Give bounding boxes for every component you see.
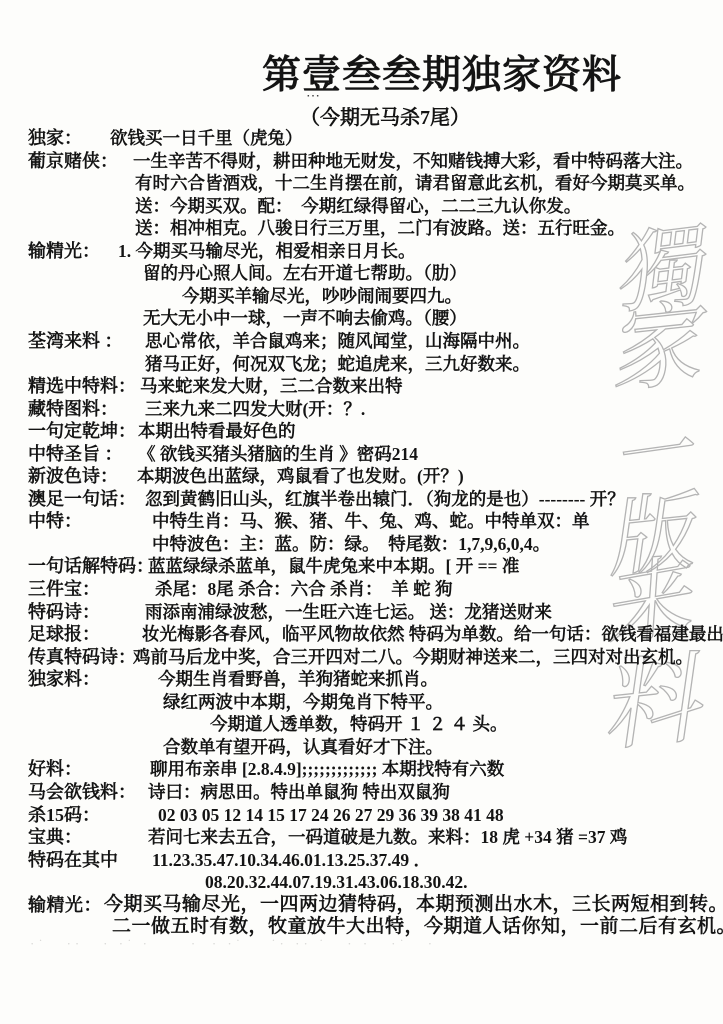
body-line: 送：今期买双。配： 今期红绿得留心，二二三九认你发。 bbox=[0, 195, 723, 217]
body-line: 马会欲钱料： 诗曰：病思田。特出单鼠狗 特出双鼠狗 bbox=[0, 781, 723, 803]
line-text: 绿红两波中本期，今期兔肖下特平。 bbox=[163, 691, 443, 713]
line-text: 无大无小中一球，一声不响去偷鸡。（腰） bbox=[143, 307, 467, 329]
line-text: 马来蛇来发大财，三二合数来出特 bbox=[140, 375, 403, 397]
line-label: 荃湾来料 ： bbox=[28, 330, 123, 352]
line-text: 本期波色出蓝绿，鸡鼠看了也发财。(开？) bbox=[137, 465, 464, 487]
line-text: 02 03 05 12 14 15 17 24 26 27 29 36 39 3… bbox=[158, 804, 504, 826]
line-text: 送：相冲相克。八骏日行三万里，二门有波路。送：五行旺金。 bbox=[135, 217, 625, 239]
body-line: 中特： 中特生肖：马、猴、猪、牛、兔、鸡、蛇。中特单双：单 bbox=[0, 510, 723, 532]
line-label: 特码在其中 bbox=[28, 849, 118, 871]
line-text: 忽到黄鹤旧山头，红旗半卷出辕门．（狗龙的是也）-------- 开？ bbox=[145, 488, 625, 510]
line-text: 今期买马输尽光，一四两边猜特码，本期预测出水木，三长两短相到转。 bbox=[104, 894, 723, 916]
line-label: 传真特码诗： bbox=[28, 646, 136, 668]
body-line: 好料： 聊用布亲串 [2.8.4.9];;;;;;;;;;;;; 本期找特有六数 bbox=[0, 758, 723, 780]
body-line: 荃湾来料 ： 思心常依，羊合鼠鸡来；随风闻堂，山海隔中州。 bbox=[0, 330, 723, 352]
line-text: 杀尾：8尾 杀合：六合 杀肖： 羊 蛇 狗 bbox=[155, 578, 453, 600]
line-text: 鸡前马后龙中奖，合三开四对二八。今期财神送来二，三四对对出玄机。 bbox=[133, 646, 693, 668]
body-lines: 独家： 欲钱买一日千里（虎兔） 葡京赌侠： 一生辛苦不得财，耕田种地无财发，不知… bbox=[0, 0, 723, 1024]
line-text: 中特生肖：马、猴、猪、牛、兔、鸡、蛇。中特单双：单 bbox=[152, 510, 590, 532]
body-line: 新波色诗： 本期波色出蓝绿，鸡鼠看了也发财。(开？) bbox=[0, 465, 723, 487]
body-line: 有时六合皆酒戏，十二生肖摆在前，请君留意此玄机，看好今期莫买单。 bbox=[0, 172, 723, 194]
line-text: 若问七来去五合，一码道破是九数。来料：18 虎 +34 猪 =37 鸡 bbox=[148, 826, 627, 848]
line-label: 葡京赌侠： bbox=[28, 150, 118, 172]
body-line: 特码在其中 11.23.35.47.10.34.46.01.13.25.37.4… bbox=[0, 849, 723, 871]
body-line: 足球报： 妆光梅影各春风，临平风物故依然 特码为单数。给一句话：欲钱看福建最出 bbox=[0, 623, 723, 645]
line-label: 输精光： bbox=[28, 240, 100, 262]
body-line: 今期道人透单数，特码开 １ ２ ４ 头。 bbox=[0, 713, 723, 735]
line-label: 足球报： bbox=[28, 623, 100, 645]
line-text: 思心常依，羊合鼠鸡来；随风闻堂，山海隔中州。 bbox=[145, 330, 530, 352]
body-line: 杀15码： 02 03 05 12 14 15 17 24 26 27 29 3… bbox=[0, 804, 723, 826]
line-text: 08.20.32.44.07.19.31.43.06.18.30.42. bbox=[205, 871, 468, 893]
line-label: 宝典： bbox=[28, 826, 82, 848]
line-label: 特码诗： bbox=[28, 601, 100, 623]
body-line: 独家料： 今期生肖看野兽，羊狗猪蛇来抓肖。 bbox=[0, 668, 723, 690]
line-label: 中特圣旨 ： bbox=[28, 443, 123, 465]
body-line: 一句定乾坤： 本期出特看最好色的 bbox=[0, 420, 723, 442]
line-text: 今期道人透单数，特码开 １ ２ ４ 头。 bbox=[210, 713, 508, 735]
body-line: 08.20.32.44.07.19.31.43.06.18.30.42. bbox=[0, 871, 723, 893]
body-line: 二一做五时有数，牧童放牛大出特，今期道人话你知，一前二后有玄机。 bbox=[0, 916, 723, 938]
body-line: 藏特图料： 三来九来二四发大财(开：？. bbox=[0, 398, 723, 420]
line-text: 一生辛苦不得财，耕田种地无财发，不知赌钱搏大彩，看中特码落大注。 bbox=[133, 150, 693, 172]
line-label: 三件宝： bbox=[28, 578, 100, 600]
line-text: 今期生肖看野兽，羊狗猪蛇来抓肖。 bbox=[158, 668, 438, 690]
body-line: 精选中特料： 马来蛇来发大财，三二合数来出特 bbox=[0, 375, 723, 397]
line-text: 三来九来二四发大财(开：？. bbox=[145, 398, 365, 420]
line-text: 猪马正好，何况双飞龙；蛇追虎来，三九好数来。 bbox=[145, 353, 530, 375]
line-text: 留的丹心照人间。左右开道七帮助。（肋） bbox=[143, 262, 467, 284]
line-text: 蓝蓝绿绿杀蓝单，鼠牛虎兔来中本期。[ 开 == 准 bbox=[148, 555, 519, 577]
line-text: 诗曰：病思田。特出单鼠狗 特出双鼠狗 bbox=[148, 781, 450, 803]
line-label: 一句话解特码： bbox=[28, 555, 154, 577]
body-line: 无大无小中一球，一声不响去偷鸡。（腰） bbox=[0, 307, 723, 329]
line-text: 雨添南浦绿波愁，一生旺六连七运。 送：龙猪送财来 bbox=[145, 601, 552, 623]
tip-sheet-page: 第壹叁叁期独家资料 ⋯ （今期无马杀7尾） 獨 家 一 版 来 料 独家： 欲钱… bbox=[0, 0, 723, 1024]
line-text: 有时六合皆酒戏，十二生肖摆在前，请君留意此玄机，看好今期莫买单。 bbox=[135, 172, 695, 194]
body-line: 澳足一句话： 忽到黄鹤旧山头，红旗半卷出辕门．（狗龙的是也）-------- 开… bbox=[0, 488, 723, 510]
body-line: 独家： 欲钱买一日千里（虎兔） bbox=[0, 127, 723, 149]
line-label: 精选中特料： bbox=[28, 375, 136, 397]
line-label: 澳足一句话： bbox=[28, 488, 136, 510]
line-label: 新波色诗： bbox=[28, 465, 118, 487]
body-line: 今期买羊输尽光，吵吵闹闹要四九。 bbox=[0, 285, 723, 307]
line-text: 中特波色：主：蓝。防：绿。 特尾数：1,7,9,6,0,4。 bbox=[152, 533, 550, 555]
body-line: 输精光： 1. 今期买马输尽光，相爱相亲日月长。 bbox=[0, 240, 723, 262]
line-text: 聊用布亲串 [2.8.4.9];;;;;;;;;;;;; 本期找特有六数 bbox=[150, 758, 504, 780]
body-line: 送：相冲相克。八骏日行三万里，二门有波路。送：五行旺金。 bbox=[0, 217, 723, 239]
line-label: 中特： bbox=[28, 510, 82, 532]
line-text: 合数单有望开码，认真看好才下注。 bbox=[163, 736, 443, 758]
body-line: 宝典： 若问七来去五合，一码道破是九数。来料：18 虎 +34 猪 =37 鸡 bbox=[0, 826, 723, 848]
line-text: 二一做五时有数，牧童放牛大出特，今期道人话你知，一前二后有玄机。 bbox=[112, 916, 723, 938]
body-line: 中特圣旨 ： 《 欲钱买猪头猪脑的生肖 》密码214 bbox=[0, 443, 723, 465]
body-line: 猪马正好，何况双飞龙；蛇追虎来，三九好数来。 bbox=[0, 353, 723, 375]
line-text: 今期买羊输尽光，吵吵闹闹要四九。 bbox=[182, 285, 462, 307]
line-text: 妆光梅影各春风，临平风物故依然 特码为单数。给一句话：欲钱看福建最出 bbox=[142, 623, 723, 645]
line-label: 好料： bbox=[28, 758, 82, 780]
body-line: 一句话解特码： 蓝蓝绿绿杀蓝单，鼠牛虎兔来中本期。[ 开 == 准 bbox=[0, 555, 723, 577]
line-text: 本期出特看最好色的 bbox=[138, 420, 296, 442]
line-text: 欲钱买一日千里（虎兔） bbox=[110, 127, 303, 149]
line-label: 独家料： bbox=[28, 668, 100, 690]
body-line: 输精光： 今期买马输尽光，一四两边猜特码，本期预测出水木，三长两短相到转。 bbox=[0, 894, 723, 916]
body-line: 合数单有望开码，认真看好才下注。 bbox=[0, 736, 723, 758]
line-label: 一句定乾坤： bbox=[28, 420, 136, 442]
body-line: 传真特码诗： 鸡前马后龙中奖，合三开四对二八。今期财神送来二，三四对对出玄机。 bbox=[0, 646, 723, 668]
body-line: 特码诗： 雨添南浦绿波愁，一生旺六连七运。 送：龙猪送财来 bbox=[0, 601, 723, 623]
line-label: 马会欲钱料： bbox=[28, 781, 136, 803]
line-text: 11.23.35.47.10.34.46.01.13.25.37.49 ． bbox=[152, 849, 431, 871]
line-label: 输精光： bbox=[28, 894, 102, 916]
line-label: 独家： bbox=[28, 127, 82, 149]
line-text: 《 欲钱买猪头猪脑的生肖 》密码214 bbox=[138, 443, 418, 465]
line-text: 送：今期买双。配： 今期红绿得留心，二二三九认你发。 bbox=[135, 195, 581, 217]
line-label: 藏特图料： bbox=[28, 398, 118, 420]
line-text: 1. 今期买马输尽光，相爱相亲日月长。 bbox=[118, 240, 416, 262]
body-line: 留的丹心照人间。左右开道七帮助。（肋） bbox=[0, 262, 723, 284]
body-line: 绿红两波中本期，今期兔肖下特平。 bbox=[0, 691, 723, 713]
body-line: 三件宝： 杀尾：8尾 杀合：六合 杀肖： 羊 蛇 狗 bbox=[0, 578, 723, 600]
body-line: 中特波色：主：蓝。防：绿。 特尾数：1,7,9,6,0,4。 bbox=[0, 533, 723, 555]
body-line: 葡京赌侠： 一生辛苦不得财，耕田种地无财发，不知赌钱搏大彩，看中特码落大注。 bbox=[0, 150, 723, 172]
line-label: 杀15码： bbox=[28, 804, 100, 826]
